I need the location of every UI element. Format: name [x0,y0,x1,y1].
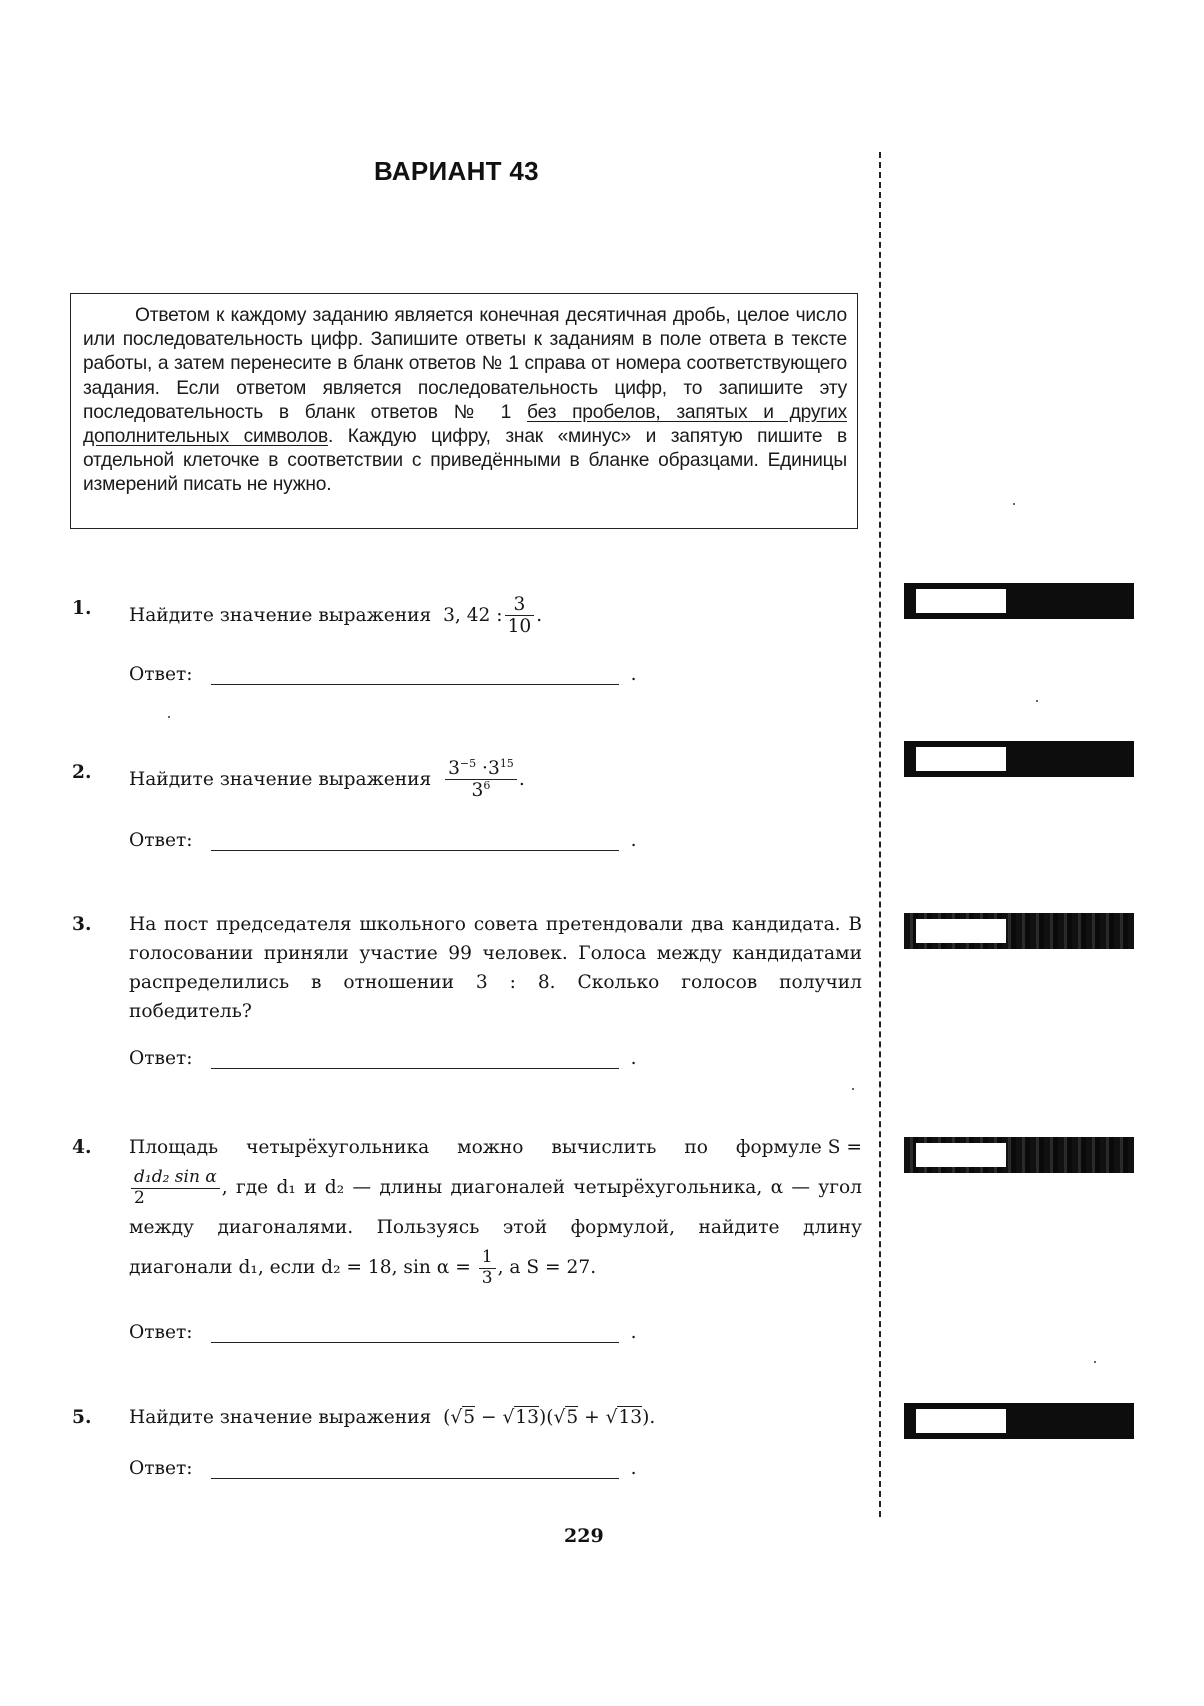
expression: (√5 − √13)(√5 + √13) [443,1406,649,1428]
expr-prefix: 3, 42 : [443,605,503,626]
answer-label: Ответ: [129,1048,193,1069]
answer-line[interactable] [211,666,619,685]
operator: − [475,1407,502,1428]
instructions-box: Ответом к каждому заданию является конеч… [70,293,858,529]
marker-cell [916,919,1006,943]
fraction: 3−5 ·31536 [445,758,517,802]
answer-marker-2 [904,741,1134,777]
numerator: 3−5 ·315 [445,758,517,780]
answer-label: Ответ: [129,1458,193,1479]
denominator: 36 [445,780,517,801]
answer-period: . [631,1048,637,1069]
scan-speck [1036,700,1038,702]
exponent: 15 [500,757,514,770]
task-text-tail: , а S = 27. [498,1257,597,1278]
exponent: 6 [483,779,490,792]
marker-cell [916,589,1006,613]
task-2: 2. Найдите значение выражения 3−5 ·31536… [72,758,862,802]
radicand: 13 [617,1406,642,1428]
radicand: 5 [462,1406,475,1428]
answer-marker-3 [904,913,1134,949]
answer-marker-5 [904,1403,1134,1439]
paren: )( [539,1407,554,1428]
scan-speck [1013,503,1015,505]
answer-period: . [631,1458,637,1479]
task-number: 5. [72,1403,91,1432]
answer-period: . [631,1322,637,1343]
answer-line[interactable] [211,832,619,851]
marker-cell [916,1409,1006,1433]
task-3: 3. На пост председателя школьного совета… [72,910,862,1026]
answer-field-4: Ответ: . [129,1322,636,1343]
operator: + [578,1407,605,1428]
answer-line[interactable] [211,1050,619,1069]
task-text: Найдите значение выражения [129,1407,431,1428]
denominator: 2 [131,1189,220,1209]
answer-label: Ответ: [129,664,193,685]
task-number: 2. [72,758,91,787]
denominator: 10 [505,616,535,637]
task-4: 4. Площадь четырёхугольника можно вычисл… [72,1128,862,1288]
marker-cell [916,747,1006,771]
answer-line[interactable] [211,1324,619,1343]
marker-cell [916,1143,1006,1167]
task-number: 3. [72,910,91,939]
base: 3 [448,758,460,779]
numerator: d₁d₂ sin α [131,1168,220,1189]
radicand: 5 [565,1406,578,1428]
answer-marker-4 [904,1137,1134,1173]
numerator: 3 [505,594,535,616]
scan-speck [852,1088,854,1090]
variant-title: ВАРИАНТ 43 [374,156,539,187]
answer-field-1: Ответ: . [129,664,636,685]
sin-fraction: 13 [479,1248,496,1288]
answer-period: . [631,830,637,851]
formula-lhs: S = [828,1137,862,1158]
expression: 3, 42 :310. [437,605,542,626]
period: . [536,605,542,626]
scan-speck [168,716,170,718]
fraction: 310 [505,594,535,638]
base: 3 [472,780,484,801]
formula-fraction: d₁d₂ sin α2 [131,1168,220,1208]
answer-label: Ответ: [129,830,193,851]
answer-field-2: Ответ: . [129,830,636,851]
answer-label: Ответ: [129,1322,193,1343]
denominator: 3 [479,1269,496,1289]
period: . [649,1407,655,1428]
radicand: 13 [514,1406,539,1428]
scan-speck [1094,1361,1096,1363]
cut-line-divider [879,152,881,1517]
answer-field-3: Ответ: . [129,1048,636,1069]
task-5: 5. Найдите значение выражения (√5 − √13)… [72,1403,862,1432]
task-text: На пост председателя школьного совета пр… [129,910,862,1026]
exponent: −5 [460,757,476,770]
paren: ( [443,1407,450,1428]
answer-marker-1 [904,583,1134,619]
task-number: 1. [72,594,91,623]
task-text: Найдите значение выражения [129,769,431,790]
base: 3 [488,758,500,779]
answer-field-5: Ответ: . [129,1458,636,1479]
page-number: 229 [564,1525,604,1547]
task-number: 4. [72,1128,91,1168]
numerator: 1 [479,1248,496,1269]
task-text-line1: Площадь четырёхугольника можно вычислить… [129,1137,822,1158]
answer-period: . [631,664,637,685]
task-1: 1. Найдите значение выражения 3, 42 :310… [72,594,862,638]
period: . [519,769,525,790]
answer-line[interactable] [211,1460,619,1479]
task-text: Найдите значение выражения [129,605,431,626]
